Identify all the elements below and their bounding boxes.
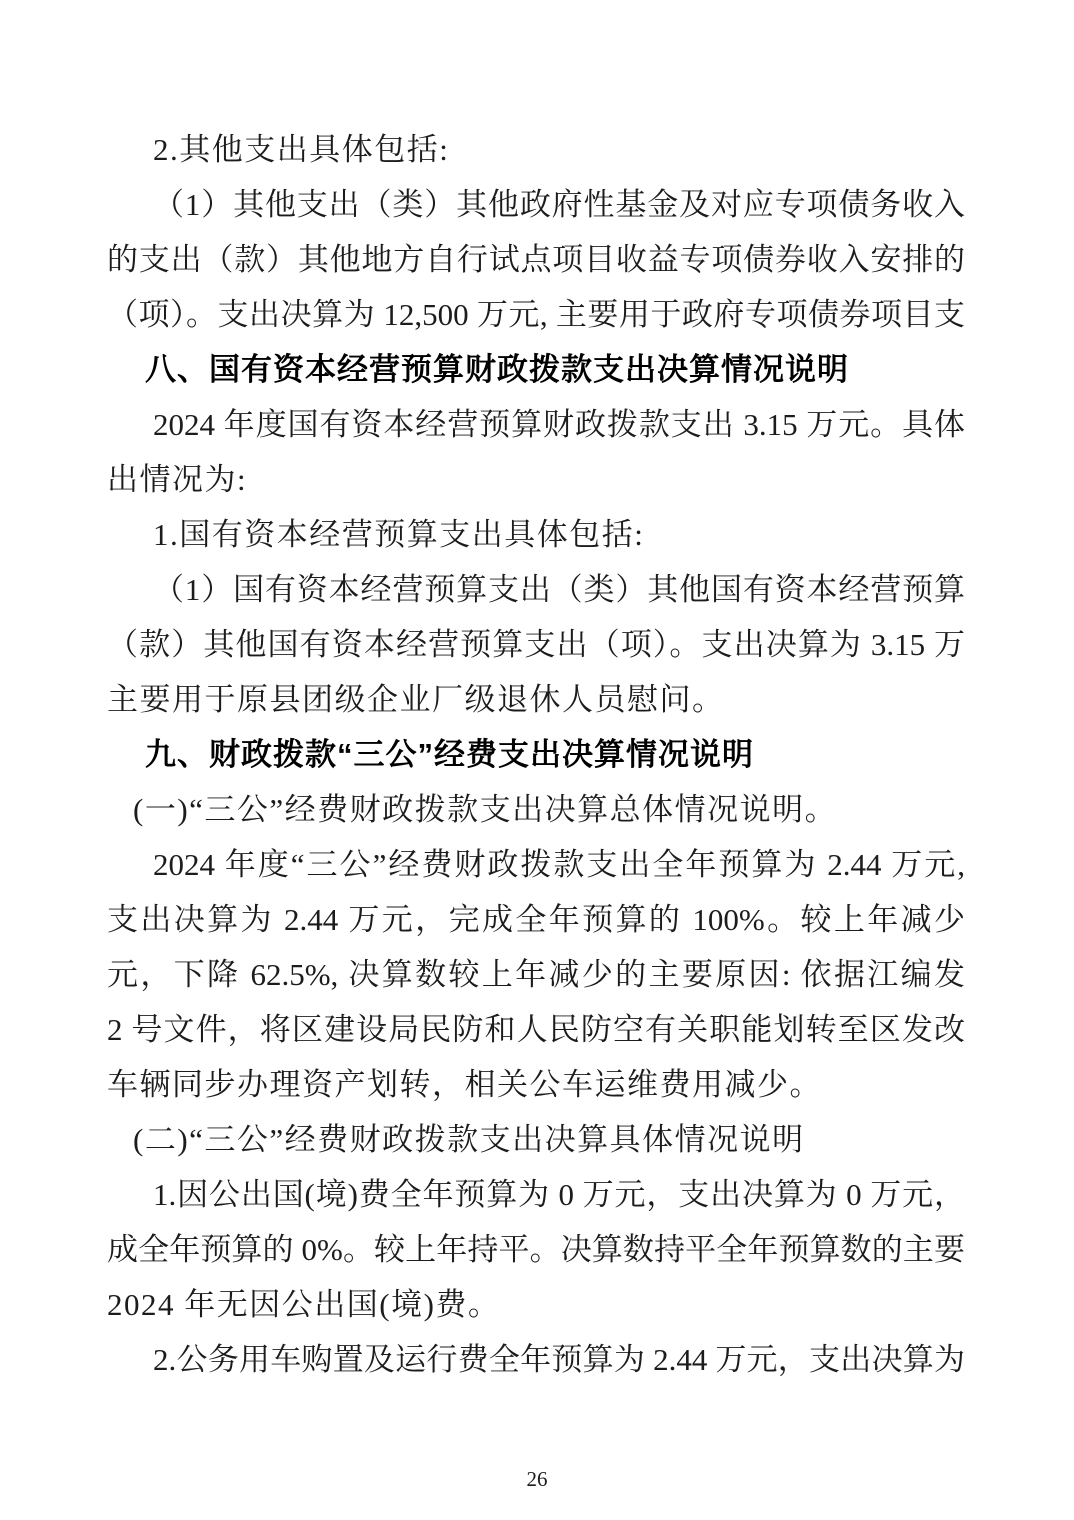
doc-line: 成全年预算的 0%。较上年持平。决算数持平全年预算数的主要原因: [107, 1222, 965, 1277]
doc-line: 元，下降 62.5%, 决算数较上年减少的主要原因: 依据江编发〔2023〕: [107, 947, 965, 1002]
doc-line: 2024 年度“三公”经费财政拨款支出全年预算为 2.44 万元,: [107, 837, 965, 892]
doc-line: 2.公务用车购置及运行费全年预算为 2.44 万元，支出决算为: [107, 1332, 965, 1387]
doc-line: 1.因公出国(境)费全年预算为 0 万元，支出决算为 0 万元，完: [107, 1167, 965, 1222]
page-number: 26: [0, 1466, 1074, 1492]
doc-line: 车辆同步办理资产划转，相关公车运维费用减少。: [107, 1057, 965, 1112]
doc-line: 主要用于原县团级企业厂级退休人员慰问。: [107, 672, 965, 727]
doc-line: （项）。支出决算为 12,500 万元, 主要用于政府专项债券项目支出。: [107, 287, 965, 342]
doc-line: （1）其他支出（类）其他政府性基金及对应专项债务收入安排: [107, 177, 965, 232]
document-page: 2.其他支出具体包括: （1）其他支出（类）其他政府性基金及对应专项债务收入安排…: [0, 0, 1074, 1520]
doc-line: （1）国有资本经营预算支出（类）其他国有资本经营预算支出: [107, 562, 965, 617]
doc-line: （款）其他国有资本经营预算支出（项）。支出决算为 3.15 万元,: [107, 617, 965, 672]
doc-line: 2024 年无因公出国(境)费。: [107, 1277, 965, 1332]
doc-line: 2024 年度国有资本经营预算财政拨款支出 3.15 万元。具体支: [107, 397, 965, 452]
doc-line: 2.其他支出具体包括:: [107, 122, 965, 177]
section-heading-9: 九、财政拨款“三公”经费支出决算情况说明: [107, 727, 965, 782]
page-content: 2.其他支出具体包括: （1）其他支出（类）其他政府性基金及对应专项债务收入安排…: [107, 122, 965, 1387]
doc-line: 2 号文件，将区建设局民防和人民防空有关职能划转至区发改局，: [107, 1002, 965, 1057]
doc-line: 1.国有资本经营预算支出具体包括:: [107, 507, 965, 562]
section-heading-8: 八、国有资本经营预算财政拨款支出决算情况说明: [107, 342, 965, 397]
doc-line: 的支出（款）其他地方自行试点项目收益专项债券收入安排的支出: [107, 232, 965, 287]
subsection-heading-1: (一)“三公”经费财政拨款支出决算总体情况说明。: [107, 782, 965, 837]
subsection-heading-2: (二)“三公”经费财政拨款支出决算具体情况说明: [107, 1112, 965, 1167]
doc-line: 支出决算为 2.44 万元，完成全年预算的 100%。较上年减少 4.07 万: [107, 892, 965, 947]
doc-line: 出情况为:: [107, 452, 965, 507]
